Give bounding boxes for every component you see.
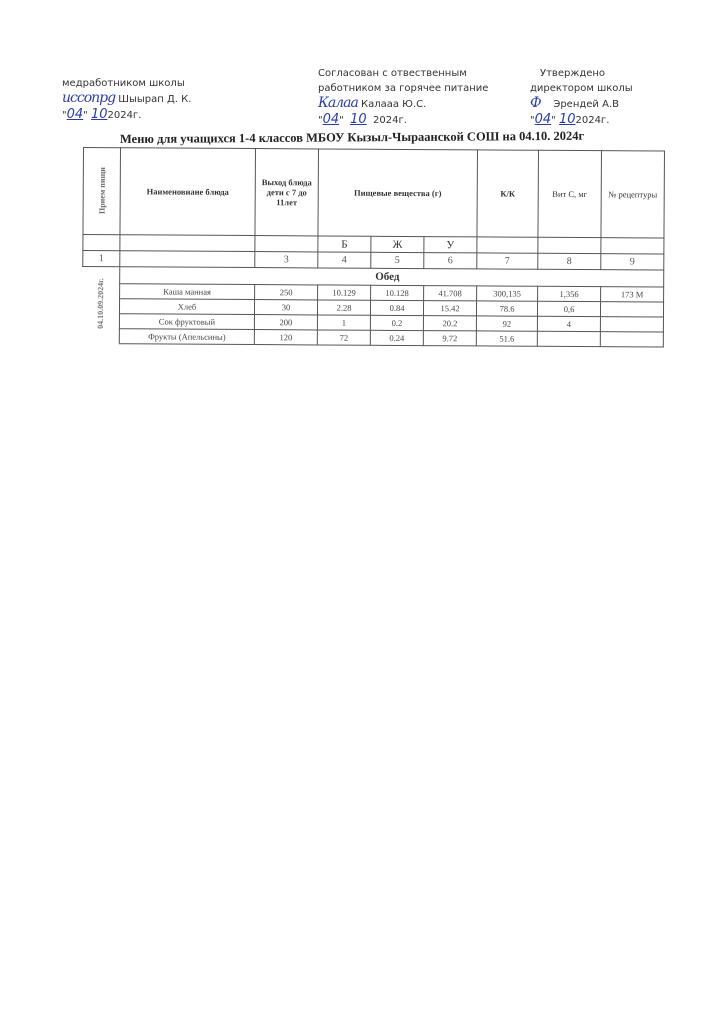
column-number: 6 [424,253,477,269]
cell-empty [83,235,120,251]
column-number: 3 [255,252,318,268]
dish-portion: 200 [254,315,317,330]
dish-portion: 250 [255,285,318,300]
header-vit-c: Вит С, мг [538,150,602,237]
signer-name: Шыырап Д. К. [118,94,191,105]
dish-fat: 10.128 [371,285,424,300]
dish-protein: 72 [317,330,370,345]
dish-protein: 2.28 [317,300,370,315]
approval-day: 04 [323,112,340,127]
cell-empty [120,235,255,252]
dish-name: Хлеб [119,299,254,315]
approval-day: 04 [67,107,84,122]
subheader-protein: Б [318,236,371,252]
table-row: Фрукты (Апельсины) 120 72 0.24 9.72 51.6 [82,328,663,347]
subheader-fat: Ж [371,236,424,252]
header-meal-time: Прием пищи [83,148,121,235]
dish-recipe: 173 М [601,287,664,302]
approval-line-2: работником за горячее питание [318,81,488,96]
signer-name: Эрендей А.В [553,99,619,110]
dish-kcal: 78.6 [476,301,537,316]
approval-block-director: Утверждено директором школы Ф Эрендей А.… [530,66,633,128]
header-dish-name: Наименовиане блюда [120,148,256,236]
dish-carbs: 9.72 [423,331,476,346]
approval-block-medical: медработником школы ucconpg Шыырап Д. К.… [62,76,191,123]
header-kcal: К/К [477,150,539,237]
cell-empty [477,237,538,253]
dish-kcal: 92 [476,316,537,331]
column-number: 1 [83,251,120,267]
dish-vit-c [537,331,600,346]
approval-role: медработником школы [62,76,191,91]
dish-protein: 10.129 [318,285,371,300]
table-header-row: Прием пищи Наименовиане блюда Выход блюд… [83,148,665,239]
dish-name: Сок фруктовый [119,314,254,330]
approval-month: 10 [350,112,367,127]
menu-table: Прием пищи Наименовиане блюда Выход блюд… [82,147,665,348]
dish-fat: 0.84 [370,300,423,315]
dish-carbs: 20.2 [423,316,476,331]
date-cell: 04.10.09.2024г. [82,267,119,344]
signature: Ф [530,95,541,111]
column-number: 5 [371,252,424,268]
header-recipe: № рецептуры [601,151,665,238]
menu-title: Меню для учащихся 1-4 классов МБОУ Кызыл… [120,129,584,147]
dish-fat: 0.2 [370,315,423,330]
approval-line-1: Утверждено [530,66,633,81]
dish-kcal: 51.6 [476,331,537,346]
dish-portion: 120 [254,330,317,345]
approval-block-catering: Согласован с отвественным работником за … [318,66,488,128]
dish-protein: 1 [317,315,370,330]
dish-name: Фрукты (Апельсины) [119,329,254,345]
cell-empty [538,237,601,253]
signature: ucconpg [62,90,115,106]
dish-recipe [600,317,663,332]
dish-vit-c: 4 [537,316,600,331]
column-number: 7 [477,253,538,269]
dish-recipe [600,302,663,317]
dish-vit-c: 0,6 [537,301,600,316]
approval-year: 2024г. [373,115,407,126]
header-meal-time-text: Прием пищи [97,167,106,214]
subheader-carbs: У [424,237,477,253]
dish-fat: 0.24 [370,330,423,345]
approval-year: 2024г. [107,110,141,121]
approval-day: 04 [535,112,552,127]
approval-month: 10 [559,112,576,127]
approval-line-2: директором школы [530,81,633,96]
dish-portion: 30 [254,300,317,315]
signer-name: Калааа Ю.С. [361,99,426,110]
cell-empty [255,236,318,252]
dish-carbs: 41.708 [424,286,477,301]
approval-line-1: Согласован с отвественным [318,66,488,81]
cell-empty [120,251,255,268]
date-label: 04.10.09.2024г. [96,278,105,329]
cell-empty [601,238,664,254]
column-number: 9 [601,254,664,270]
dish-recipe [600,332,663,347]
column-number: 8 [538,253,601,269]
dish-name: Каша манная [120,284,255,300]
approval-year: 2024г. [575,115,609,126]
header-portion: Выход блюда дети с 7 до 11лет [255,149,319,236]
dish-vit-c: 1,356 [538,286,601,301]
signature: Калаа [318,95,358,111]
column-number: 4 [318,252,371,268]
dish-carbs: 15.42 [423,301,476,316]
header-nutrients: Пищевые вещества (г) [318,149,478,237]
dish-kcal: 300,135 [477,286,538,301]
approval-month: 10 [91,107,108,122]
